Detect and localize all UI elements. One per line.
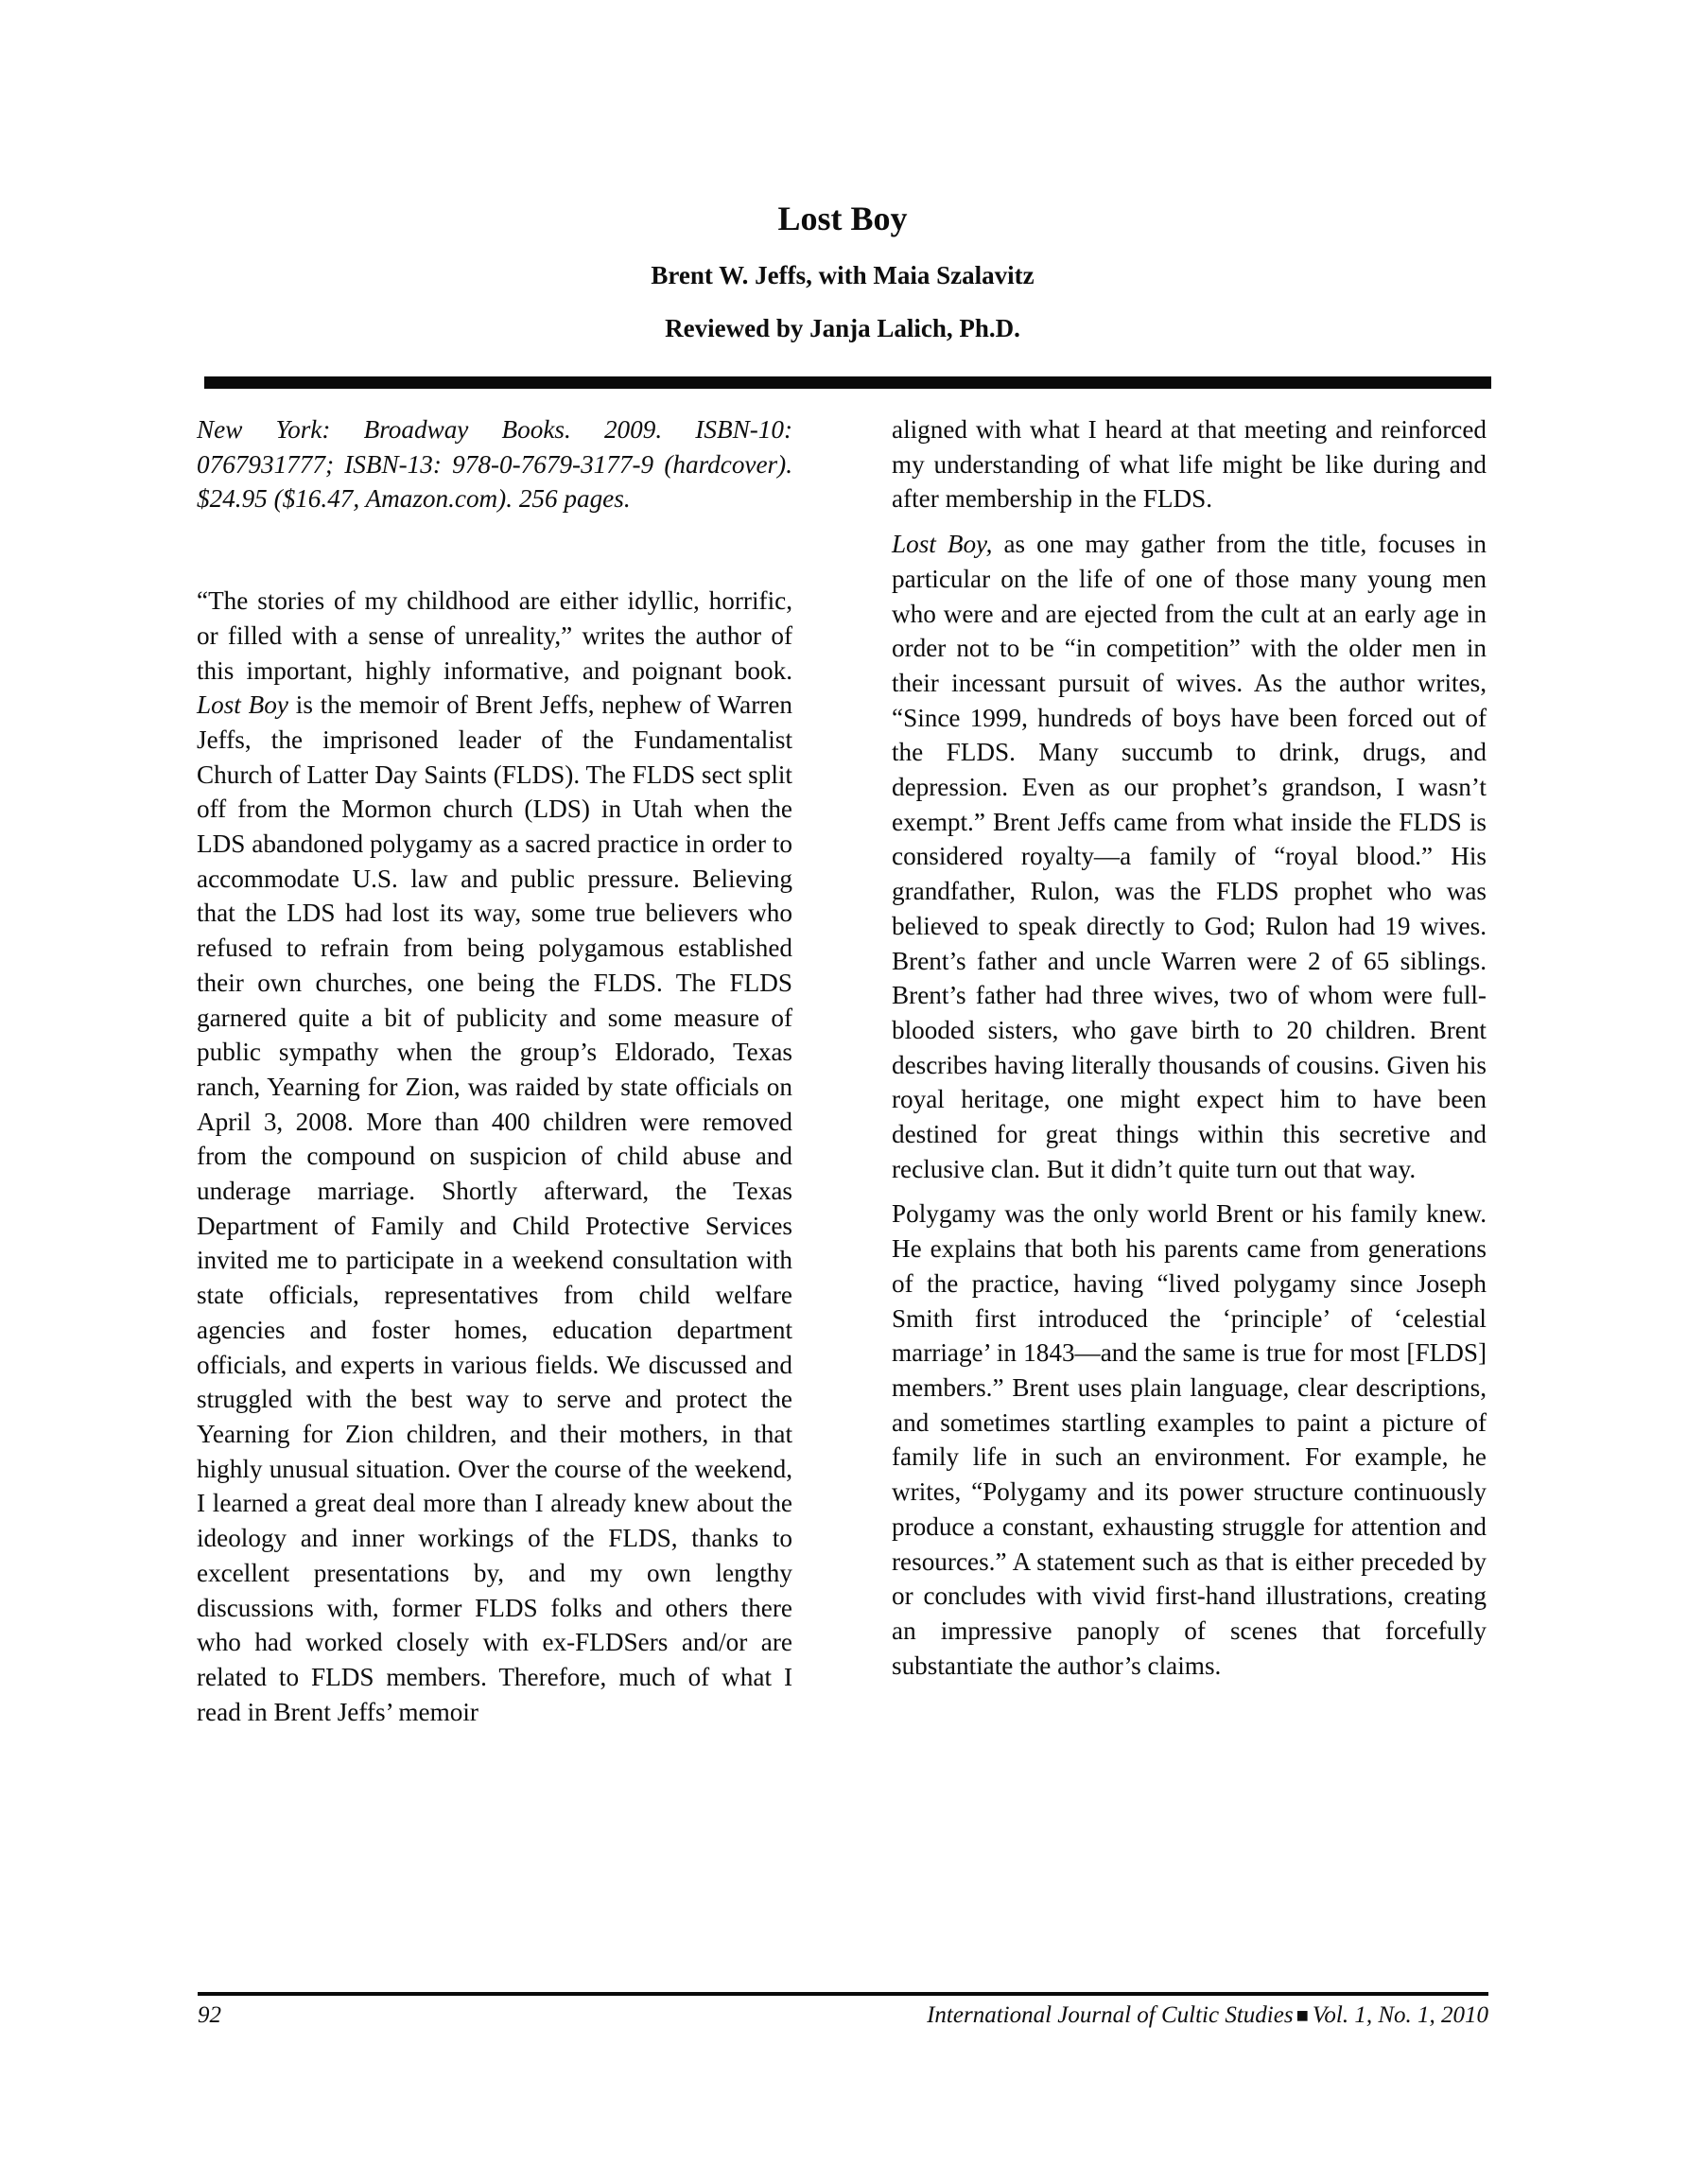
document-page: Lost Boy Brent W. Jeffs, with Maia Szala… xyxy=(0,0,1687,2184)
book-citation: New York: Broadway Books. 2009. ISBN-10:… xyxy=(197,412,792,516)
body-paragraph: Lost Boy, as one may gather from the tit… xyxy=(892,527,1487,1186)
article-title: Lost Boy xyxy=(197,198,1488,239)
book-title-italic: Lost Boy xyxy=(197,690,288,719)
left-column: New York: Broadway Books. 2009. ISBN-10:… xyxy=(197,412,792,1729)
right-column: aligned with what I heard at that meetin… xyxy=(892,412,1487,1683)
journal-volume: Vol. 1, No. 1, 2010 xyxy=(1313,2002,1488,2028)
body-paragraph: aligned with what I heard at that meetin… xyxy=(892,412,1487,516)
header-rule xyxy=(204,376,1491,389)
page-footer: 92 International Journal of Cultic Studi… xyxy=(198,2000,1488,2032)
square-separator-icon: ■ xyxy=(1296,2003,1309,2027)
body-paragraph: “The stories of my childhood are either … xyxy=(197,584,792,1729)
paragraph-text: “The stories of my childhood are either … xyxy=(197,586,792,684)
footer-rule xyxy=(198,1992,1488,1996)
journal-info: International Journal of Cultic Studies■… xyxy=(927,2000,1488,2032)
body-paragraph: Polygamy was the only world Brent or his… xyxy=(892,1197,1487,1683)
journal-name: International Journal of Cultic Studies xyxy=(927,2002,1293,2028)
reviewer-line: Reviewed by Janja Lalich, Ph.D. xyxy=(197,312,1488,344)
page-number: 92 xyxy=(198,2000,221,2032)
paragraph-text: as one may gather from the title, focuse… xyxy=(892,530,1487,1183)
paragraph-text: is the memoir of Brent Jeffs, nephew of … xyxy=(197,690,792,1725)
book-title-italic: Lost Boy, xyxy=(892,530,992,558)
book-authors: Brent W. Jeffs, with Maia Szalavitz xyxy=(197,259,1488,291)
